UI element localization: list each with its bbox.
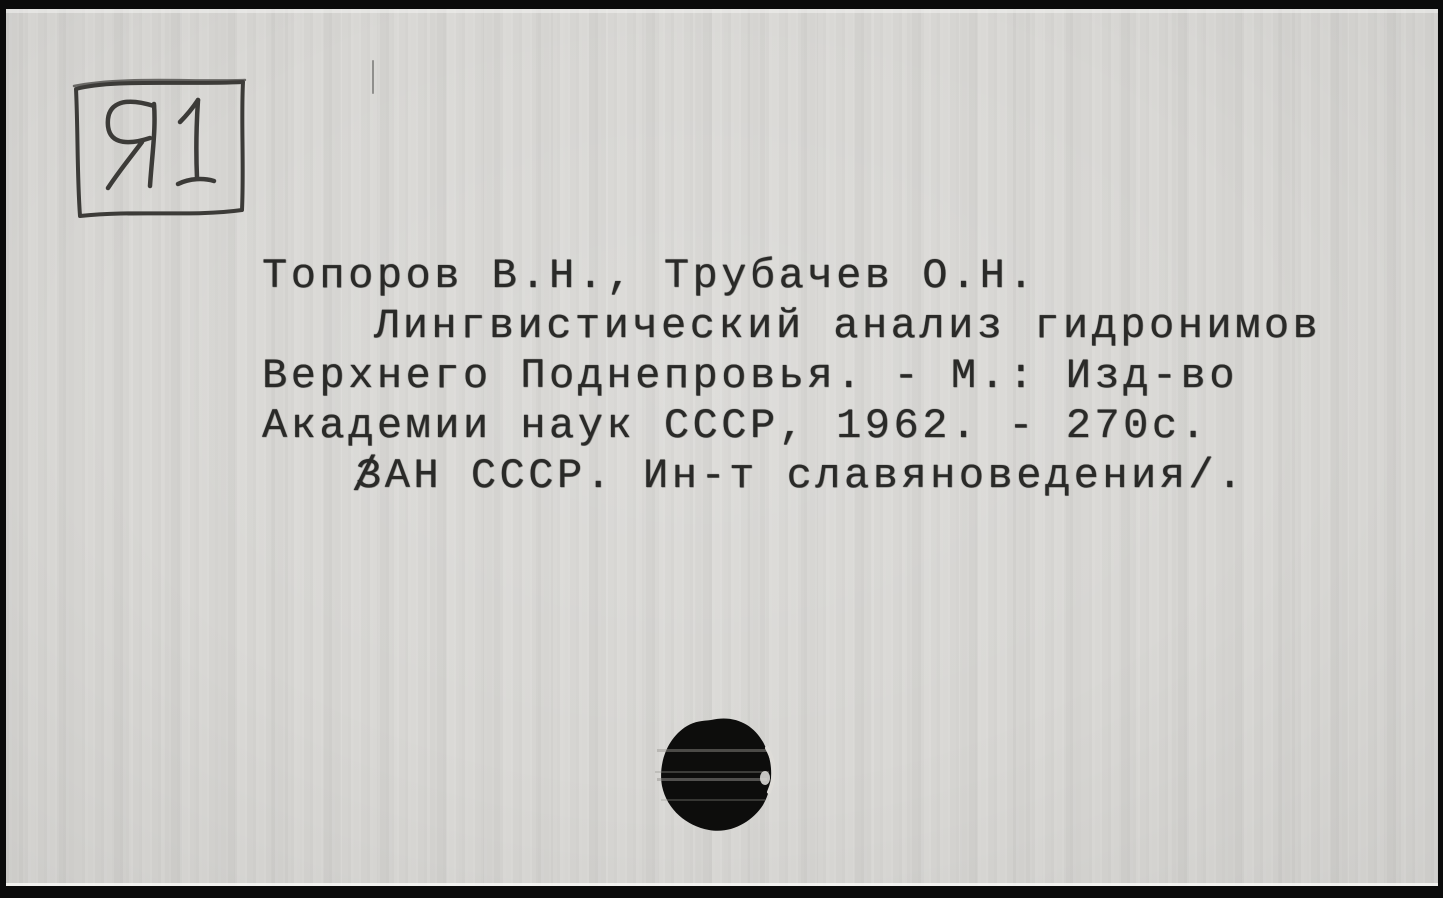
scan-edge-bottom — [0, 886, 1443, 898]
bibliographic-record: Топоров В.Н., Трубачев О.Н. Лингвистичес… — [262, 251, 1422, 501]
scan-edge-top — [0, 0, 1443, 9]
scratch-mark — [372, 60, 374, 94]
bib-line-series: З/АН СССР. Ин-т славяноведения/. — [262, 451, 1422, 501]
bib-line-title: Лингвистический анализ гидронимов — [262, 301, 1422, 351]
scan-edge-right — [1438, 0, 1443, 898]
ink-blot — [651, 712, 786, 840]
classmark-drawing — [62, 70, 258, 222]
scan-highlight-top — [6, 9, 1438, 13]
scan-edge-left — [0, 0, 6, 898]
bib-line-title-continued: Верхнего Поднепровья. - М.: Изд-во — [262, 351, 1422, 401]
classmark-label: Я1 — [258, 70, 259, 71]
bib-line-authors: Топоров В.Н., Трубачев О.Н. — [262, 251, 1422, 301]
catalog-card: Я1 Топоров В.Н., Трубачев О.Н. Лингвисти… — [6, 9, 1438, 886]
bib-line-series-text: АН СССР. Ин-т славяноведения/. — [385, 452, 1246, 500]
ink-blot-shape — [651, 712, 786, 840]
bib-line-imprint: Академии наук СССР, 1962. - 270с. — [262, 401, 1422, 451]
overstruck-char: З/ — [356, 451, 385, 501]
classmark-box: Я1 — [62, 70, 258, 222]
scanned-page: Я1 Топоров В.Н., Трубачев О.Н. Лингвисти… — [0, 0, 1443, 898]
